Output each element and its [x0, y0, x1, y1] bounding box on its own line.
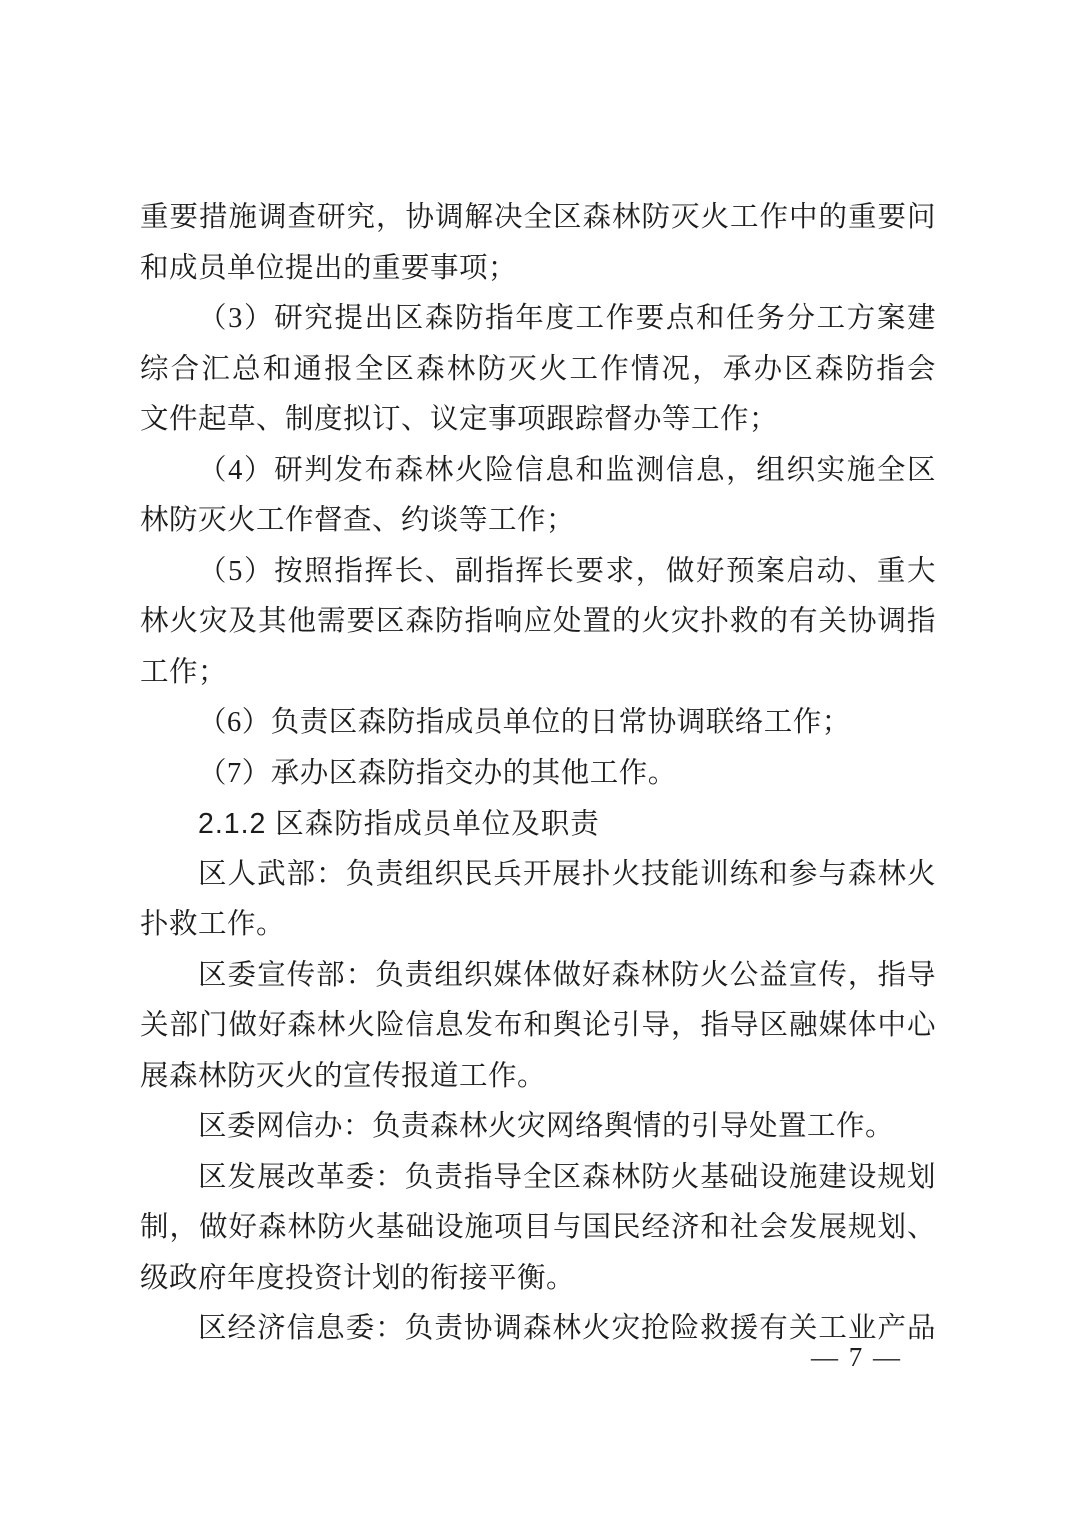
text-line: 扑救工作。: [140, 900, 936, 951]
text-line: 文件起草、制度拟订、议定事项跟踪督办等工作；: [140, 395, 936, 446]
text-line: （5）按照指挥长、副指挥长要求，做好预案启动、重大森: [140, 547, 936, 598]
text-line: 区发展改革委：负责指导全区森林防火基础设施建设规划编: [140, 1153, 936, 1204]
text-line: 展森林防灭火的宣传报道工作。: [140, 1052, 936, 1103]
text-line: （7）承办区森防指交办的其他工作。: [140, 749, 936, 800]
page-number: — 7 —: [811, 1340, 902, 1374]
text-line: 区委网信办：负责森林火灾网络舆情的引导处置工作。: [140, 1102, 936, 1153]
section-heading: 2.1.2 区森防指成员单位及职责: [140, 799, 936, 850]
text-line: 和成员单位提出的重要事项；: [140, 244, 936, 295]
text-line: 重要措施调查研究，协调解决全区森林防灭火工作中的重要问题: [140, 193, 936, 244]
text-line: （6）负责区森防指成员单位的日常协调联络工作；: [140, 698, 936, 749]
text-line: 区委宣传部：负责组织媒体做好森林防火公益宣传，指导有: [140, 951, 936, 1002]
text-line: 综合汇总和通报全区森林防灭火工作情况，承办区森防指会议、: [140, 345, 936, 396]
document-page: 重要措施调查研究，协调解决全区森林防灭火工作中的重要问题和成员单位提出的重要事项…: [0, 0, 1074, 1520]
text-line: 关部门做好森林火险信息发布和舆论引导，指导区融媒体中心开: [140, 1001, 936, 1052]
text-line: 区人武部：负责组织民兵开展扑火技能训练和参与森林火灾: [140, 850, 936, 901]
text-line: （3）研究提出区森防指年度工作要点和任务分工方案建议，: [140, 294, 936, 345]
text-line: 制，做好森林防火基础设施项目与国民经济和社会发展规划、区: [140, 1203, 936, 1254]
text-line: 工作；: [140, 648, 936, 699]
text-line: 级政府年度投资计划的衔接平衡。: [140, 1254, 936, 1305]
text-line: 林火灾及其他需要区森防指响应处置的火灾扑救的有关协调指导: [140, 597, 936, 648]
document-body-text: 重要措施调查研究，协调解决全区森林防灭火工作中的重要问题和成员单位提出的重要事项…: [140, 193, 936, 1355]
text-line: （4）研判发布森林火险信息和监测信息，组织实施全区森: [140, 446, 936, 497]
text-line: 林防灭火工作督查、约谈等工作；: [140, 496, 936, 547]
